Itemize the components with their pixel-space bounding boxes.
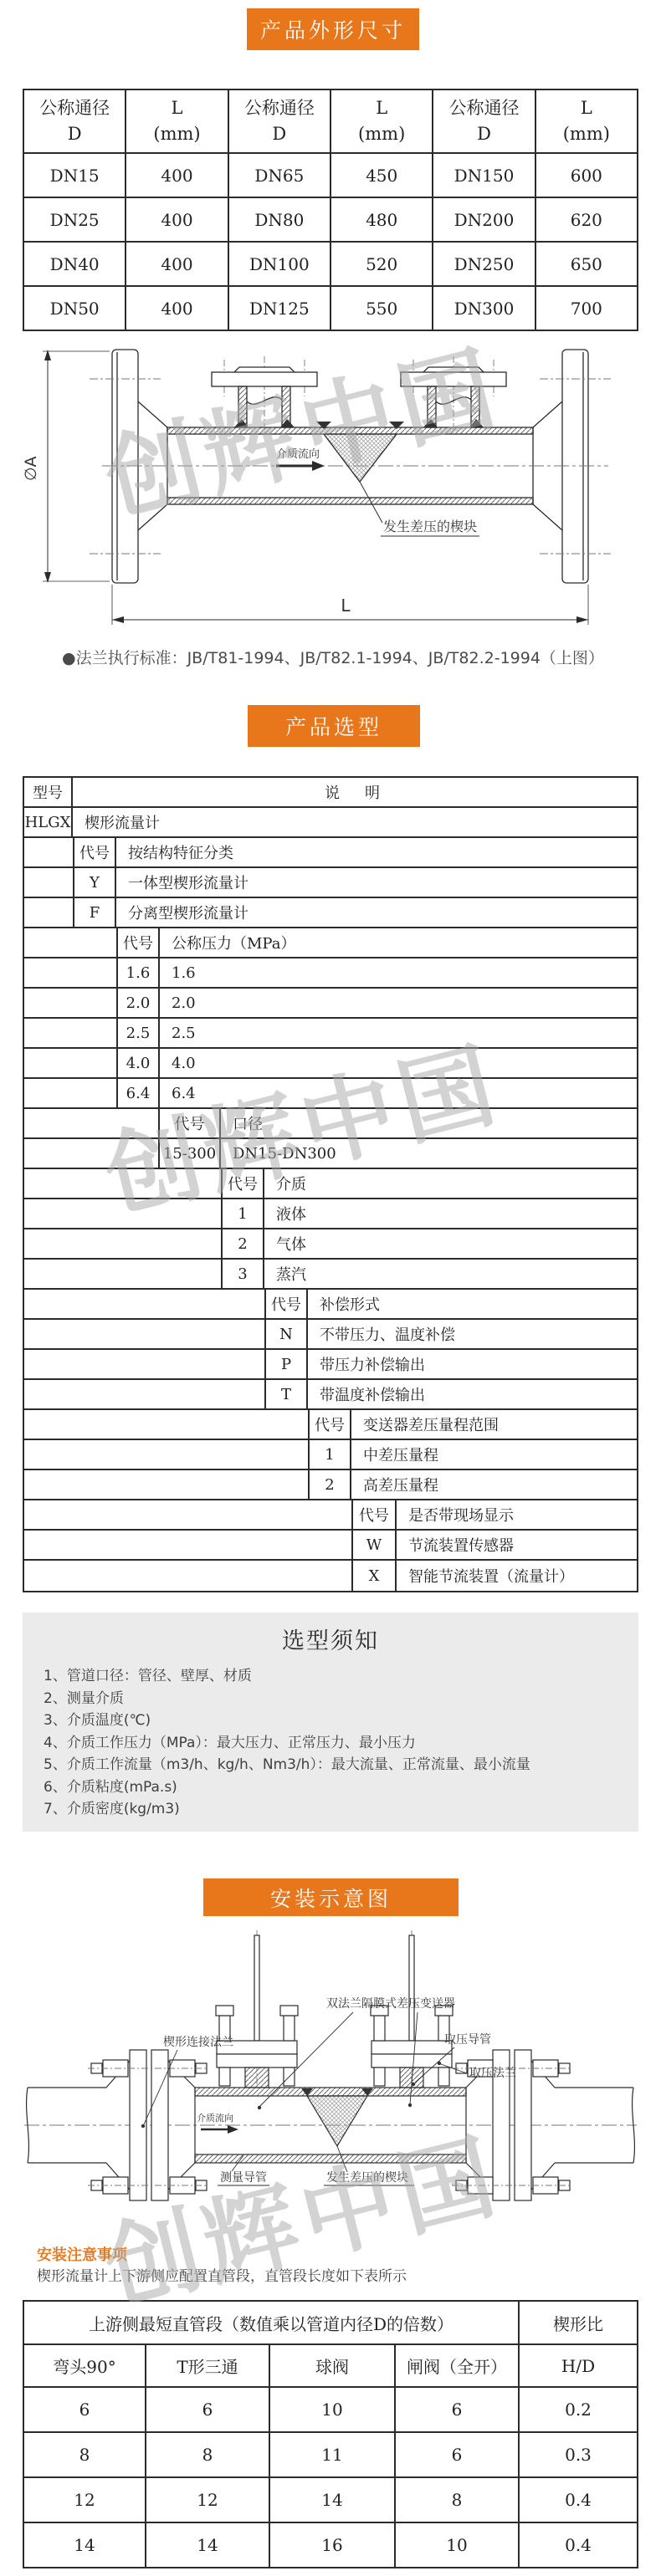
selection-table: 型号说 明 HLGX楔形流量计 代号按结构特征分类 Y一体型楔形流量计 F分离型… <box>23 776 638 1592</box>
selection-code: 1 <box>221 1199 264 1228</box>
flow-cell: 0.4 <box>520 2478 638 2523</box>
selection-code: 代号 <box>351 1500 397 1529</box>
flow-cell: 10 <box>396 2523 520 2568</box>
dims-cell: DN50 <box>24 287 126 331</box>
selection-desc: 6.4 <box>160 1079 637 1107</box>
dims-cell: 400 <box>126 154 228 198</box>
selection-code: 2.0 <box>116 989 160 1017</box>
dims-cell: 620 <box>536 198 638 243</box>
indent-spacer <box>24 1079 116 1107</box>
indent-spacer <box>24 989 116 1017</box>
col-header-cell: 球阀 <box>270 2345 396 2388</box>
selection-desc: 是否带现场显示 <box>397 1500 637 1529</box>
flow-cell: 14 <box>146 2523 270 2568</box>
note-item: 6、介质粘度(mPa.s) <box>44 1776 638 1799</box>
table-row: 4.04.0 <box>24 1049 637 1079</box>
indent-spacer <box>24 1410 308 1439</box>
note-item: 7、介质密度(kg/m3) <box>44 1798 638 1821</box>
indent-spacer <box>24 1019 116 1047</box>
flow-cell: 0.4 <box>520 2523 638 2568</box>
dims-cell: DN125 <box>229 287 331 331</box>
length-label: L <box>341 595 351 616</box>
flow-cell: 14 <box>24 2523 146 2568</box>
indent-spacer <box>24 868 73 897</box>
flow-cell: 6 <box>396 2433 520 2478</box>
installation-diagram: 双法兰隔膜式差压变送器 楔形连接法兰 取压导管 取压法兰 介质流向 测量导管 发… <box>23 1924 638 2233</box>
selection-code: HLGX <box>24 808 73 836</box>
tap-assembly <box>216 1930 298 2088</box>
table-row: 代号按结构特征分类 <box>24 838 637 868</box>
note-item: 4、介质工作压力（MPa）：最大压力、正常压力、最小压力 <box>44 1732 638 1755</box>
flow-cell: 8 <box>146 2433 270 2478</box>
dims-cell: 400 <box>126 198 228 243</box>
dims-cell: 600 <box>536 154 638 198</box>
table-row: 代号是否带现场显示 <box>24 1500 637 1531</box>
section-badge-dimensions: 产品外形尺寸 <box>247 8 419 50</box>
selection-desc: 带温度补偿输出 <box>308 1380 637 1408</box>
table-row: Y一体型楔形流量计 <box>24 868 637 898</box>
selection-code: 代号 <box>73 838 116 866</box>
dims-cell: 400 <box>126 243 228 287</box>
selection-desc: 补偿形式 <box>308 1290 637 1318</box>
indent-spacer <box>24 1049 116 1077</box>
flow-direction-label: 介质流向 <box>197 2112 233 2124</box>
col-header-cell: 闸阀（全开） <box>396 2345 520 2388</box>
dims-cell: DN40 <box>24 243 126 287</box>
dims-cell: 400 <box>126 287 228 331</box>
selection-desc: 分离型楔形流量计 <box>116 898 637 927</box>
selection-code: 2 <box>221 1229 264 1258</box>
col-header-cell: H/D <box>520 2345 638 2388</box>
col-header-cell: 弯头90° <box>24 2345 146 2388</box>
table-row: W节流装置传感器 <box>24 1531 637 1561</box>
table-row: N不带压力、温度补偿 <box>24 1320 637 1350</box>
selection-code: 2.5 <box>116 1019 160 1047</box>
selection-desc: 公称压力（MPa） <box>160 928 637 957</box>
selection-code: 型号 <box>24 778 73 806</box>
flow-cell: 12 <box>146 2478 270 2523</box>
table-row: 代号介质 <box>24 1169 637 1199</box>
dims-cell: DN15 <box>24 154 126 198</box>
dims-cell: 520 <box>331 243 433 287</box>
indent-spacer <box>24 1350 264 1378</box>
selection-desc: 带压力补偿输出 <box>308 1350 637 1378</box>
selection-desc: 1.6 <box>160 958 637 987</box>
table-row: 2气体 <box>24 1229 637 1260</box>
selection-desc: 气体 <box>264 1229 637 1258</box>
selection-code: F <box>73 898 116 927</box>
wedge-element <box>324 434 397 482</box>
notes-title: 选型须知 <box>23 1613 638 1655</box>
selection-desc: 楔形流量计 <box>73 808 637 836</box>
install-note-title: 安装注意事项 <box>37 2243 127 2265</box>
dims-cell: 650 <box>536 243 638 287</box>
table-row: P带压力补偿输出 <box>24 1350 637 1380</box>
table-row: 代号公称压力（MPa） <box>24 928 637 958</box>
pressure-tap <box>212 356 317 433</box>
diameter-label: ∅A <box>23 456 40 481</box>
indent-spacer <box>24 1440 308 1469</box>
section-badge-install: 安装示意图 <box>203 1878 459 1916</box>
selection-desc: 液体 <box>264 1199 637 1228</box>
selection-desc: DN15-DN300 <box>221 1139 637 1168</box>
indent-spacer <box>24 1139 158 1168</box>
indent-spacer <box>24 958 116 987</box>
flange-standard-note: ●法兰执行标准：JB/T81-1994、JB/T82.1-1994、JB/T82… <box>62 646 639 668</box>
flow-cell: 6 <box>396 2388 520 2433</box>
selection-desc: 智能节流装置（流量计） <box>397 1561 637 1591</box>
wedge-flange-label: 楔形连接法兰 <box>163 2035 233 2049</box>
flow-cell: 0.2 <box>520 2388 638 2433</box>
selection-code: 6.4 <box>116 1079 160 1107</box>
indent-spacer <box>24 1260 221 1288</box>
span-header-cell: 上游侧最短直管段（数值乘以管道内径D的倍数） <box>24 2302 520 2345</box>
dimensions-table: 公称通径D L(mm) 公称通径D L(mm) 公称通径D L(mm) DN15… <box>23 89 638 331</box>
indent-spacer <box>24 1290 264 1318</box>
table-row: 代号变送器差压量程范围 <box>24 1410 637 1440</box>
selection-desc: 节流装置传感器 <box>397 1531 637 1559</box>
col-header-cell: T形三通 <box>146 2345 270 2388</box>
selection-code: X <box>351 1561 397 1591</box>
note-item: 2、测量介质 <box>44 1688 638 1710</box>
selection-code: 代号 <box>221 1169 264 1198</box>
outline-diagram: ∅A 介质流向 发生差压的楔块 L <box>23 335 638 636</box>
indent-spacer <box>24 1531 351 1559</box>
indent-spacer <box>24 1500 351 1529</box>
selection-desc: 2.5 <box>160 1019 637 1047</box>
pressure-tap <box>401 356 506 433</box>
flow-cell: 6 <box>24 2388 146 2433</box>
selection-code: 2 <box>308 1470 351 1499</box>
selection-desc: 中差压量程 <box>351 1440 637 1469</box>
selection-desc: 变送器差压量程范围 <box>351 1410 637 1439</box>
indent-spacer <box>24 1380 264 1408</box>
table-row: 6.46.4 <box>24 1079 637 1109</box>
indent-spacer <box>24 1199 221 1228</box>
selection-code: 1.6 <box>116 958 160 987</box>
table-row: X智能节流装置（流量计） <box>24 1561 637 1591</box>
flow-cell: 8 <box>24 2433 146 2478</box>
selection-desc: 不带压力、温度补偿 <box>308 1320 637 1348</box>
wedge-label: 发生差压的楔块 <box>326 2170 408 2185</box>
dims-cell: DN200 <box>433 198 535 243</box>
indent-spacer <box>24 1169 221 1198</box>
selection-code: 15-300 <box>158 1139 221 1168</box>
selection-code: Y <box>73 868 116 897</box>
indent-spacer <box>24 928 116 957</box>
dims-cell: DN300 <box>433 287 535 331</box>
selection-code: 代号 <box>264 1290 308 1318</box>
table-row: 1.61.6 <box>24 958 637 989</box>
ratio-header-cell: 楔形比 <box>520 2302 638 2345</box>
selection-code: 4.0 <box>116 1049 160 1077</box>
install-note-text: 楔形流量计上下游侧应配置直管段，直管段长度如下表所示 <box>37 2264 407 2285</box>
table-row: 1中差压量程 <box>24 1440 637 1470</box>
product-spec-page: 产品外形尺寸 公称通径D L(mm) 公称通径D L(mm) 公称通径D L(m… <box>0 0 661 2576</box>
dims-cell: DN100 <box>229 243 331 287</box>
table-row: HLGX楔形流量计 <box>24 808 637 838</box>
selection-notes-box: 选型须知 1、管道口径：管径、壁厚、材质 2、测量介质 3、介质温度(℃) 4、… <box>23 1613 638 1832</box>
dims-cell: 550 <box>331 287 433 331</box>
indent-spacer <box>24 898 73 927</box>
flow-cell: 12 <box>24 2478 146 2523</box>
tap-pipe-label: 取压导管 <box>444 2033 491 2047</box>
straight-run-table: 上游侧最短直管段（数值乘以管道内径D的倍数） 楔形比 弯头90° T形三通 球阀… <box>23 2300 638 2568</box>
indent-spacer <box>24 1561 351 1591</box>
note-item: 3、介质温度(℃) <box>44 1710 638 1732</box>
flow-cell: 8 <box>396 2478 520 2523</box>
dims-cell: 450 <box>331 154 433 198</box>
dims-cell: DN150 <box>433 154 535 198</box>
flow-cell: 14 <box>270 2478 396 2523</box>
selection-code: T <box>264 1380 308 1408</box>
table-row: T带温度补偿输出 <box>24 1380 637 1410</box>
indent-spacer <box>24 838 73 866</box>
flow-direction-label: 介质流向 <box>276 447 320 461</box>
dims-header-cell: L(mm) <box>126 90 228 154</box>
selection-desc: 口径 <box>221 1109 637 1137</box>
wedge-element <box>307 2096 367 2146</box>
indent-spacer <box>24 1320 264 1348</box>
measure-pipe-label: 测量导管 <box>220 2171 267 2185</box>
dims-header-cell: 公称通径D <box>433 90 535 154</box>
tap-flange-label: 取压法兰 <box>469 2066 516 2080</box>
selection-code: W <box>351 1531 397 1559</box>
dims-header-cell: 公称通径D <box>229 90 331 154</box>
indent-spacer <box>24 1229 221 1258</box>
dims-cell: 700 <box>536 287 638 331</box>
selection-desc: 2.0 <box>160 989 637 1017</box>
table-row: 15-300DN15-DN300 <box>24 1139 637 1169</box>
dims-header-cell: 公称通径D <box>24 90 126 154</box>
dims-header-cell: L(mm) <box>331 90 433 154</box>
selection-code: 代号 <box>116 928 160 957</box>
dims-cell: 480 <box>331 198 433 243</box>
table-row: 代号口径 <box>24 1109 637 1139</box>
selection-code: 1 <box>308 1440 351 1469</box>
flow-cell: 16 <box>270 2523 396 2568</box>
section-badge-selection: 产品选型 <box>248 705 420 747</box>
dims-cell: DN25 <box>24 198 126 243</box>
flow-cell: 11 <box>270 2433 396 2478</box>
note-item: 5、介质工作流量（m3/h、kg/h、Nm3/h）：最大流量、正常流量、最小流量 <box>44 1754 638 1776</box>
selection-code: N <box>264 1320 308 1348</box>
selection-desc: 说 明 <box>73 778 637 806</box>
dims-cell: DN80 <box>229 198 331 243</box>
dims-cell: DN250 <box>433 243 535 287</box>
wedge-label: 发生差压的楔块 <box>383 519 477 534</box>
table-row: F分离型楔形流量计 <box>24 898 637 928</box>
flow-cell: 6 <box>146 2388 270 2433</box>
selection-desc: 4.0 <box>160 1049 637 1077</box>
selection-code: P <box>264 1350 308 1378</box>
selection-desc: 蒸汽 <box>264 1260 637 1288</box>
flow-cell: 0.3 <box>520 2433 638 2478</box>
transmitter-label: 双法兰隔膜式差压变送器 <box>326 1996 455 2011</box>
table-row: 2.02.0 <box>24 989 637 1019</box>
note-item: 1、管道口径：管径、壁厚、材质 <box>44 1665 638 1688</box>
indent-spacer <box>24 1470 308 1499</box>
dims-cell: DN65 <box>229 154 331 198</box>
table-row: 型号说 明 <box>24 778 637 808</box>
table-row: 3蒸汽 <box>24 1260 637 1290</box>
selection-code: 3 <box>221 1260 264 1288</box>
table-row: 代号补偿形式 <box>24 1290 637 1320</box>
table-row: 2高差压量程 <box>24 1470 637 1500</box>
table-row: 2.52.5 <box>24 1019 637 1049</box>
selection-code: 代号 <box>158 1109 221 1137</box>
table-row: 1液体 <box>24 1199 637 1229</box>
dims-header-cell: L(mm) <box>536 90 638 154</box>
selection-desc: 介质 <box>264 1169 637 1198</box>
selection-desc: 按结构特征分类 <box>116 838 637 866</box>
selection-desc: 一体型楔形流量计 <box>116 868 637 897</box>
selection-code: 代号 <box>308 1410 351 1439</box>
indent-spacer <box>24 1109 158 1137</box>
flow-cell: 10 <box>270 2388 396 2433</box>
selection-desc: 高差压量程 <box>351 1470 637 1499</box>
